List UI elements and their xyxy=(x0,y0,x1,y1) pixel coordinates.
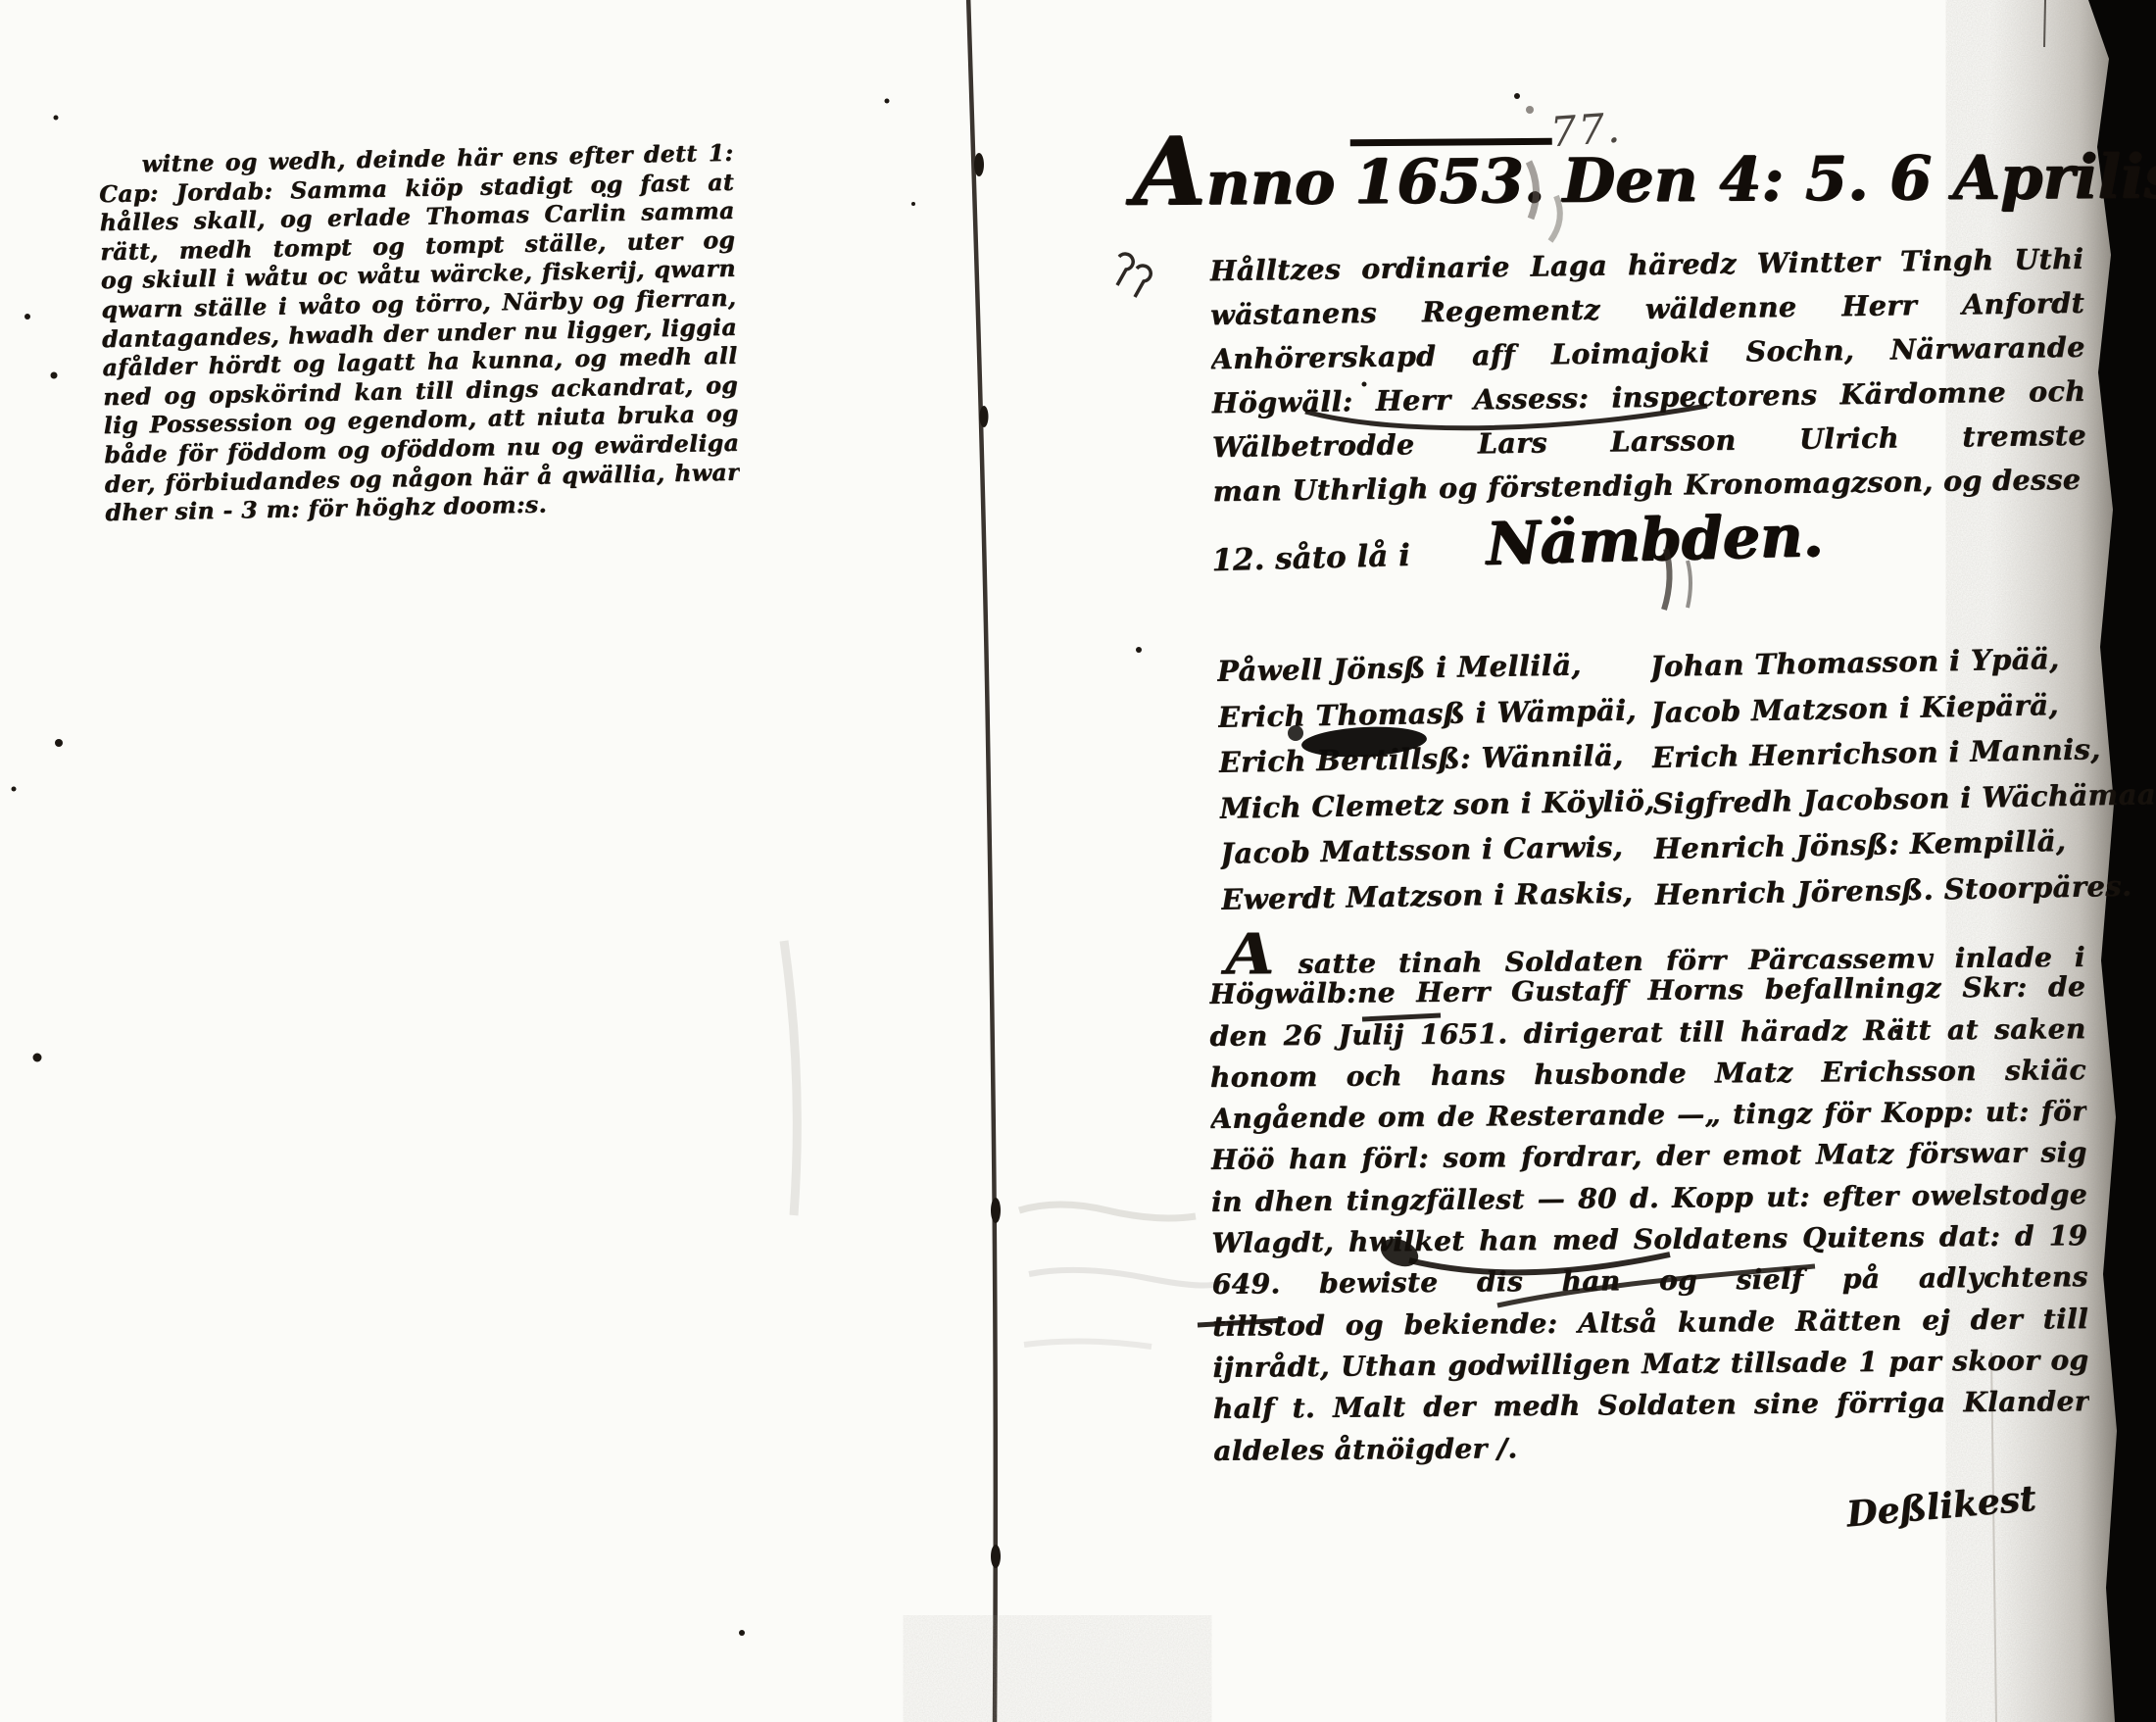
binding-knot xyxy=(991,1198,1001,1223)
preamble-paragraph: Hålltzes ordinarie Laga häredz Wintter T… xyxy=(1209,237,2087,514)
juror-name: Erich Thomasß i Wämpäi, xyxy=(1217,687,1653,740)
bleedthrough-ghost xyxy=(1024,1341,1151,1347)
bleedthrough-ghost xyxy=(784,941,797,1215)
jury-heading-row: 12. såto lå i Nämbden. xyxy=(1210,502,1824,586)
nambden-heading: Nämbden. xyxy=(1486,502,1825,579)
binding-knot xyxy=(991,1545,1001,1568)
juror-name: Mich Clemetz son i Köyliö, xyxy=(1219,778,1655,831)
bleedthrough-ghost xyxy=(1029,1270,1225,1286)
case-paragraph: Å satte tingh Soldaten förr Pärcassemy i… xyxy=(1209,925,2090,1472)
manuscript-line: aldeles åtnöigder /. xyxy=(1213,1423,2089,1472)
juror-name: Påwell Jönsß i Mellilä, xyxy=(1217,641,1653,694)
bottom-speckle-patch xyxy=(929,1625,1186,1722)
binding-knot xyxy=(980,406,989,427)
binding-fold-line xyxy=(968,0,996,1722)
pen-curl-flourish xyxy=(1135,266,1151,297)
manuscript-line: half t. Malt der medh Soldaten sine förr… xyxy=(1213,1381,2089,1430)
jury-column-left: Påwell Jönsß i Mellilä, Erich Thomasß i … xyxy=(1217,641,1657,922)
record-heading: Anno 1653. Den 4: 5. 6 Aprilis, xyxy=(1133,133,2156,220)
ink-smudge xyxy=(1526,106,1534,114)
binding-knot xyxy=(974,153,984,176)
left-page-paragraph: witne og wedh, deinde här ens efter dett… xyxy=(98,139,740,528)
manuscript-line: Högwälb:ne Herr Gustaff Horns befallning… xyxy=(1209,966,2085,1015)
juror-name: Ewerdt Matzson i Raskis, xyxy=(1221,869,1657,922)
edge-scratch xyxy=(2044,0,2045,47)
manuscript-line: 649. bewiste dis han og sielf på adlycht… xyxy=(1212,1256,2088,1305)
pen-curl-flourish xyxy=(1117,254,1133,285)
manuscript-line: Höö han förl: som fordrar, der emot Matz… xyxy=(1210,1133,2086,1182)
jury-column-right: Johan Thomasson i Ypää, Jacob Matzson i … xyxy=(1649,634,2156,917)
juror-name: Sigfredh Jacobson i Wächämaa, xyxy=(1652,770,2156,826)
catchword: Deßlikest xyxy=(1845,1478,2038,1536)
jury-count-phrase: 12. såto lå i xyxy=(1211,538,1410,578)
juror-name: Erich Bertillsß: Wännilä, xyxy=(1218,732,1654,785)
heading-date: Den 4: 5. 6 Aprilis, xyxy=(1562,140,2156,217)
heading-year-overlined: 1653. xyxy=(1350,138,1553,218)
bleedthrough-ghost xyxy=(1019,1205,1196,1218)
heading-anno: Anno xyxy=(1133,141,1336,219)
juror-name: Henrich Jörensß. Stoorpäres. xyxy=(1654,861,2156,917)
juror-name: Jacob Mattsson i Carwis, xyxy=(1220,823,1656,876)
manuscript-scan: witne og wedh, deinde här ens efter dett… xyxy=(0,0,2156,1722)
